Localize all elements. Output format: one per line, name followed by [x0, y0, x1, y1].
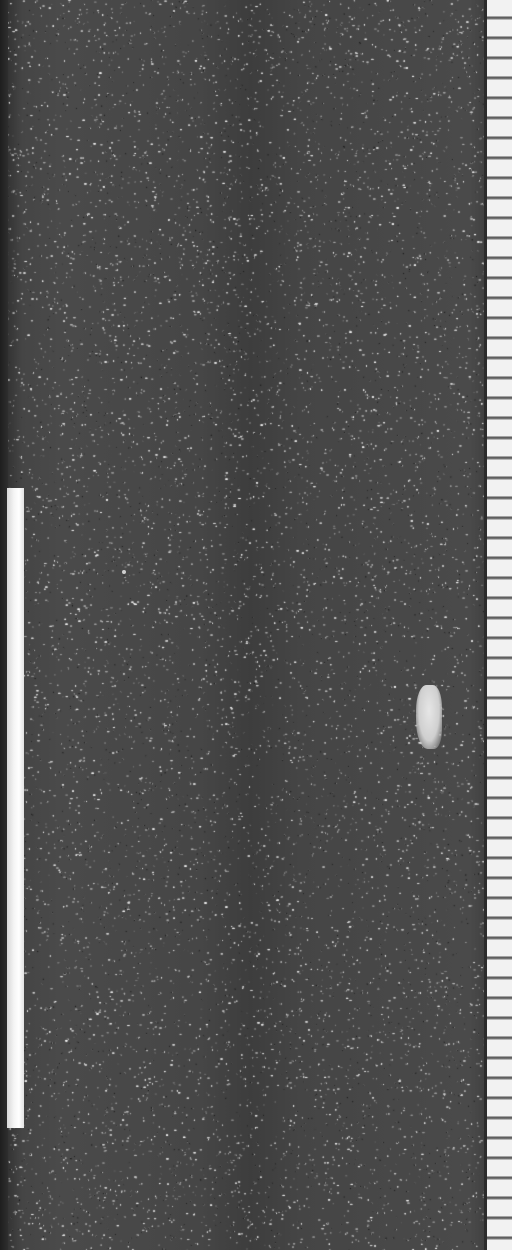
debris-speck	[122, 570, 126, 574]
lane-stripe	[7, 488, 24, 1128]
brick-curb	[487, 0, 512, 1250]
road-mark	[416, 685, 442, 749]
road-scene: Top-down grayscale view of an asphalt ro…	[0, 0, 512, 1250]
asphalt-texture	[0, 0, 512, 1250]
